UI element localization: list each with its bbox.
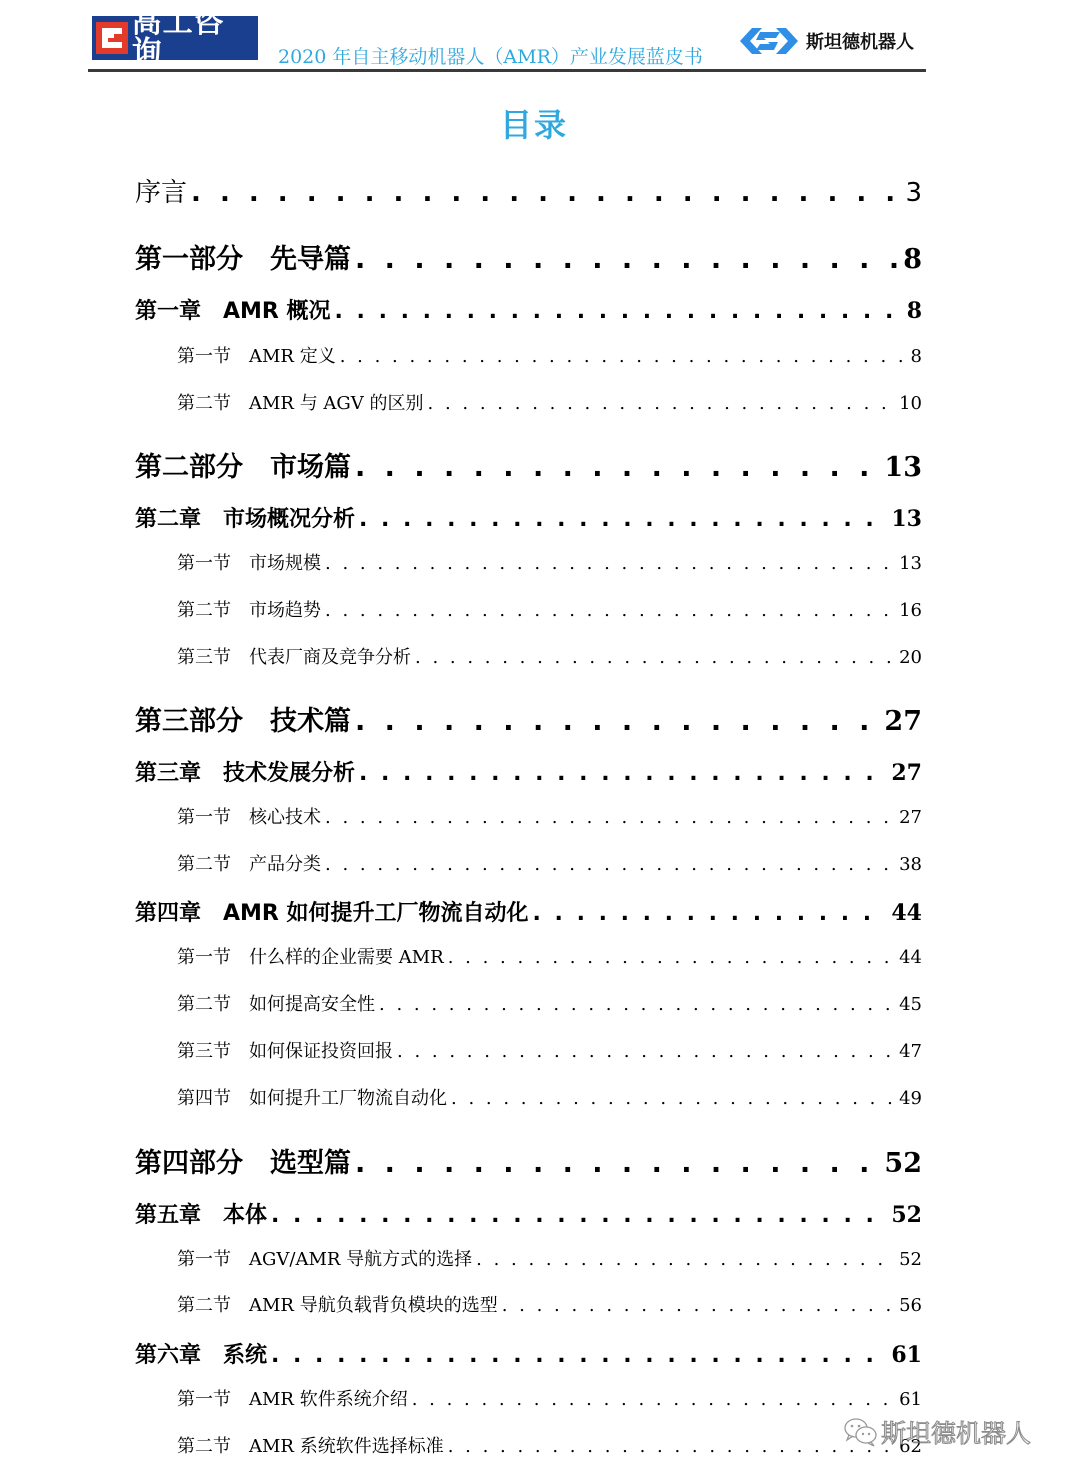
toc-entry-label: 序言 [135,172,187,209]
toc-entry-section[interactable]: 第二节 AMR 与 AGV 的区别10 [135,389,922,415]
g-logo-icon [96,22,128,54]
toc-entry-label: 第一节 市场规模 [177,549,321,575]
toc-entry-label: 第四章 AMR 如何提升工厂物流自动化 [135,896,529,927]
standard-robots-logo: 斯坦德机器人 [738,24,914,58]
document-title: 2020 年自主移动机器人（AMR）产业发展蓝皮书 [278,42,703,69]
toc-entry-label: 第一部分 先导篇 [135,237,351,276]
toc-entry-part[interactable]: 第二部分 市场篇13 [135,445,922,484]
toc-entry-section[interactable]: 第一节 市场规模13 [135,549,922,575]
toc-entry-page-number: 61 [899,1389,922,1410]
toc-entry-page-number: 10 [899,393,922,414]
toc-entry-page-number: 27 [884,706,922,737]
toc-entry-page-number: 44 [891,900,922,926]
page-header: 高工咨询 2020 年自主移动机器人（AMR）产业发展蓝皮书 斯坦德机器人 [88,12,926,70]
toc-entry-label: 第三节 代表厂商及竞争分析 [177,643,411,669]
toc-entry-page-number: 13 [899,553,922,574]
toc-entry-chapter[interactable]: 第一章 AMR 概况8 [135,294,922,325]
toc-entry-page-number: 52 [899,1249,922,1270]
wechat-watermark: 斯坦德机器人 [843,1414,1031,1450]
toc-entry-section[interactable]: 第二节 产品分类38 [135,850,922,876]
toc-entry-chapter[interactable]: 第四章 AMR 如何提升工厂物流自动化44 [135,896,922,927]
toc-entry-label: 第二节 AMR 导航负载背负模块的选型 [177,1291,498,1317]
toc-entry-label: 第二节 AMR 与 AGV 的区别 [177,389,424,415]
toc-entry-page-number: 49 [899,1088,922,1109]
toc-entry-label: 第三节 如何保证投资回报 [177,1037,393,1063]
toc-entry-label: 第一节 AMR 定义 [177,342,336,368]
toc-entry-label: 第二章 市场概况分析 [135,502,355,533]
dot-leader [325,600,895,621]
dot-leader [355,706,880,737]
dot-leader [448,947,895,968]
toc-entry-section[interactable]: 第二节 如何提高安全性45 [135,990,922,1016]
toc-title: 目录 [0,100,1068,146]
toc-entry-label: 第三章 技术发展分析 [135,756,355,787]
toc-entry-page-number: 52 [891,1202,922,1228]
toc-entry-page-number: 13 [884,452,922,483]
toc-entry-label: 第一节 AMR 软件系统介绍 [177,1385,408,1411]
toc-entry-page-number: 8 [903,244,922,275]
toc-entry-page-number: 45 [899,994,922,1015]
dot-leader [476,1249,895,1270]
toc-entry-page-number: 20 [899,647,922,668]
toc-entry-label: 第四节 如何提升工厂物流自动化 [177,1084,447,1110]
dot-leader [335,299,903,324]
dot-leader [340,346,907,367]
standard-robots-logo-text: 斯坦德机器人 [806,28,914,54]
toc-entry-label: 第二节 产品分类 [177,850,321,876]
dot-leader [325,553,895,574]
dot-leader [325,854,895,875]
toc-entry-page-number: 16 [899,600,922,621]
dot-leader [271,1203,887,1228]
toc-entry-section[interactable]: 第二节 AMR 导航负载背负模块的选型56 [135,1291,922,1317]
toc-entry-preface[interactable]: 序言3 [135,172,922,209]
dot-leader [355,244,899,275]
toc-entry-label: 第一节 AGV/AMR 导航方式的选择 [177,1245,472,1271]
toc-entry-page-number: 27 [899,807,922,828]
toc-entry-page-number: 52 [884,1148,922,1179]
toc-entry-section[interactable]: 第一节 AGV/AMR 导航方式的选择52 [135,1245,922,1271]
gaogong-logo: 高工咨询 [92,16,258,60]
toc-entry-label: 第二节 如何提高安全性 [177,990,375,1016]
toc-entry-chapter[interactable]: 第六章 系统61 [135,1338,922,1369]
dot-leader [325,807,895,828]
toc-entry-label: 第二部分 市场篇 [135,445,351,484]
dot-leader [502,1295,895,1316]
dot-leader [428,393,896,414]
toc-entry-page-number: 44 [899,947,922,968]
toc-entry-part[interactable]: 第一部分 先导篇8 [135,237,922,276]
toc-entry-part[interactable]: 第三部分 技术篇27 [135,699,922,738]
toc-entry-page-number: 27 [891,760,922,786]
standard-robots-logo-icon [738,24,800,58]
dot-leader [271,1343,887,1368]
toc-entry-label: 第二节 AMR 系统软件选择标准 [177,1432,444,1458]
dot-leader [397,1041,895,1062]
dot-leader [533,901,888,926]
dot-leader [359,761,887,786]
toc-entry-label: 第五章 本体 [135,1198,267,1229]
gaogong-logo-text: 高工咨询 [132,8,254,68]
toc-entry-chapter[interactable]: 第三章 技术发展分析27 [135,756,922,787]
toc-entry-page-number: 8 [907,298,922,324]
toc-entry-chapter[interactable]: 第二章 市场概况分析13 [135,502,922,533]
dot-leader [412,1389,895,1410]
toc-entry-label: 第六章 系统 [135,1338,267,1369]
dot-leader [379,994,895,1015]
toc-entry-page-number: 47 [899,1041,922,1062]
toc-entry-label: 第三部分 技术篇 [135,699,351,738]
toc-entry-part[interactable]: 第四部分 选型篇52 [135,1141,922,1180]
wechat-icon [843,1416,879,1448]
toc-entry-section[interactable]: 第三节 如何保证投资回报47 [135,1037,922,1063]
toc-entry-page-number: 13 [891,506,922,532]
toc-entry-section[interactable]: 第三节 代表厂商及竞争分析20 [135,643,922,669]
toc-entry-label: 第四部分 选型篇 [135,1141,351,1180]
toc-entry-section[interactable]: 第一节 AMR 软件系统介绍61 [135,1385,922,1411]
header-divider [88,69,926,72]
toc-entry-label: 第一章 AMR 概况 [135,294,331,325]
toc-entry-page-number: 3 [905,178,922,208]
dot-leader [355,1148,880,1179]
toc-entry-label: 第一节 核心技术 [177,803,321,829]
toc-entry-section[interactable]: 第四节 如何提升工厂物流自动化49 [135,1084,922,1110]
toc-entry-label: 第二节 市场趋势 [177,596,321,622]
dot-leader [448,1436,895,1457]
toc-entry-page-number: 8 [911,346,922,367]
toc-entry-page-number: 61 [891,1342,922,1368]
dot-leader [359,507,887,532]
toc-entry-label: 第一节 什么样的企业需要 AMR [177,943,444,969]
watermark-text: 斯坦德机器人 [881,1414,1031,1450]
toc-entry-section[interactable]: 第一节 什么样的企业需要 AMR44 [135,943,922,969]
toc-entry-page-number: 38 [899,854,922,875]
toc-entry-section[interactable]: 第一节 核心技术27 [135,803,922,829]
toc-entry-section[interactable]: 第二节 市场趋势16 [135,596,922,622]
dot-leader [451,1088,895,1109]
toc-entry-section[interactable]: 第一节 AMR 定义8 [135,342,922,368]
toc-entry-chapter[interactable]: 第五章 本体52 [135,1198,922,1229]
dot-leader [191,178,901,208]
toc-entry-page-number: 56 [899,1295,922,1316]
toc-entry-section[interactable]: 第二节 AMR 系统软件选择标准62 [135,1432,922,1458]
dot-leader [415,647,895,668]
dot-leader [355,452,880,483]
